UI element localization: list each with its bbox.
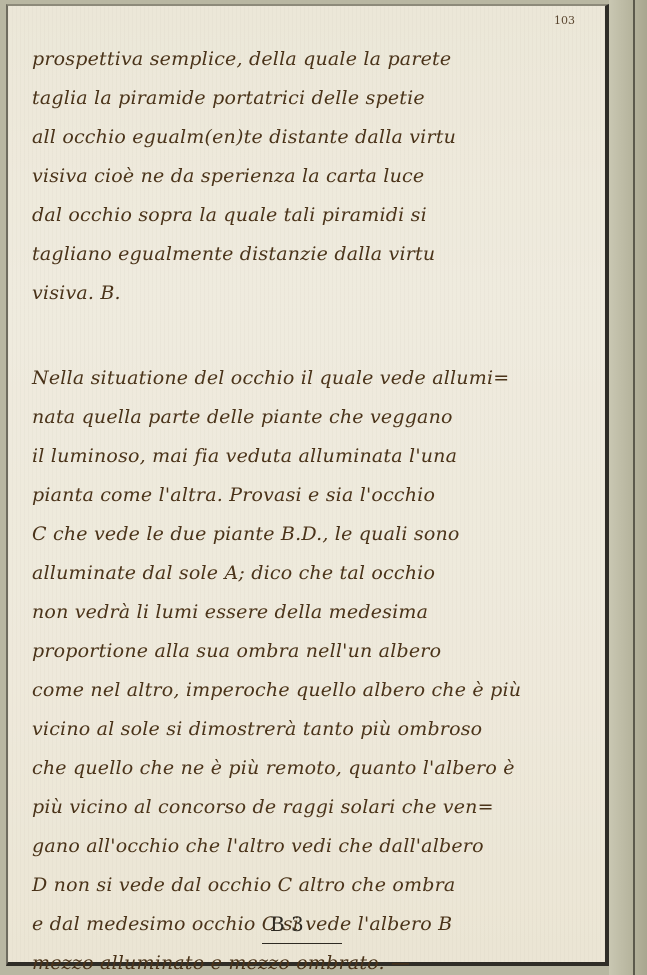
text-line: che quello che ne è più remoto, quanto l… [32, 749, 592, 788]
manuscript-page: 103 prospettiva semplice, della quale la… [6, 4, 609, 966]
text-line: C che vede le due piante B.D., le quali … [32, 515, 592, 554]
text-line: e dal medesimo occhio C si vede l'albero… [32, 905, 592, 944]
folio-number: 103 [554, 14, 575, 27]
text-line: dal occhio sopra la quale tali piramidi … [32, 196, 592, 235]
text-line: taglia la piramide portatrici delle spet… [32, 79, 592, 118]
text-line: all occhio egualm(en)te distante dalla v… [32, 118, 592, 157]
text-line: Nella situatione del occhio il quale ved… [32, 359, 592, 398]
text-line: come nel altro, imperoche quello albero … [32, 671, 592, 710]
text-line: prospettiva semplice, della quale la par… [32, 40, 592, 79]
paragraph-2: Nella situatione del occhio il quale ved… [32, 359, 592, 975]
signature-mark: B 3 [270, 912, 304, 936]
text-line: tagliano egualmente distanzie dalla virt… [32, 235, 592, 274]
paragraph-1: prospettiva semplice, della quale la par… [32, 40, 592, 313]
signature-underline [262, 943, 342, 944]
text-line: gano all'occhio che l'altro vedi che dal… [32, 827, 592, 866]
text-line: alluminate dal sole A; dico che tal occh… [32, 554, 592, 593]
text-line: mezzo alluminato e mezzo ombrato. — [32, 944, 592, 975]
text-line: visiva cioè ne da sperienza la carta luc… [32, 157, 592, 196]
text-line: pianta come l'altra. Provasi e sia l'occ… [32, 476, 592, 515]
paragraph-gap [32, 313, 592, 359]
text-line: più vicino al concorso de raggi solari c… [32, 788, 592, 827]
text-line: vicino al sole si dimostrerà tanto più o… [32, 710, 592, 749]
text-line: non vedrà li lumi essere della medesima [32, 593, 592, 632]
text-line: proportione alla sua ombra nell'un alber… [32, 632, 592, 671]
text-block: prospettiva semplice, della quale la par… [32, 40, 592, 975]
text-line: visiva. B. [32, 274, 592, 313]
text-line: D non si vede dal occhio C altro che omb… [32, 866, 592, 905]
text-line: nata quella parte delle piante che vegga… [32, 398, 592, 437]
text-line: il luminoso, mai fia veduta alluminata l… [32, 437, 592, 476]
backdrop-edge [609, 0, 647, 975]
